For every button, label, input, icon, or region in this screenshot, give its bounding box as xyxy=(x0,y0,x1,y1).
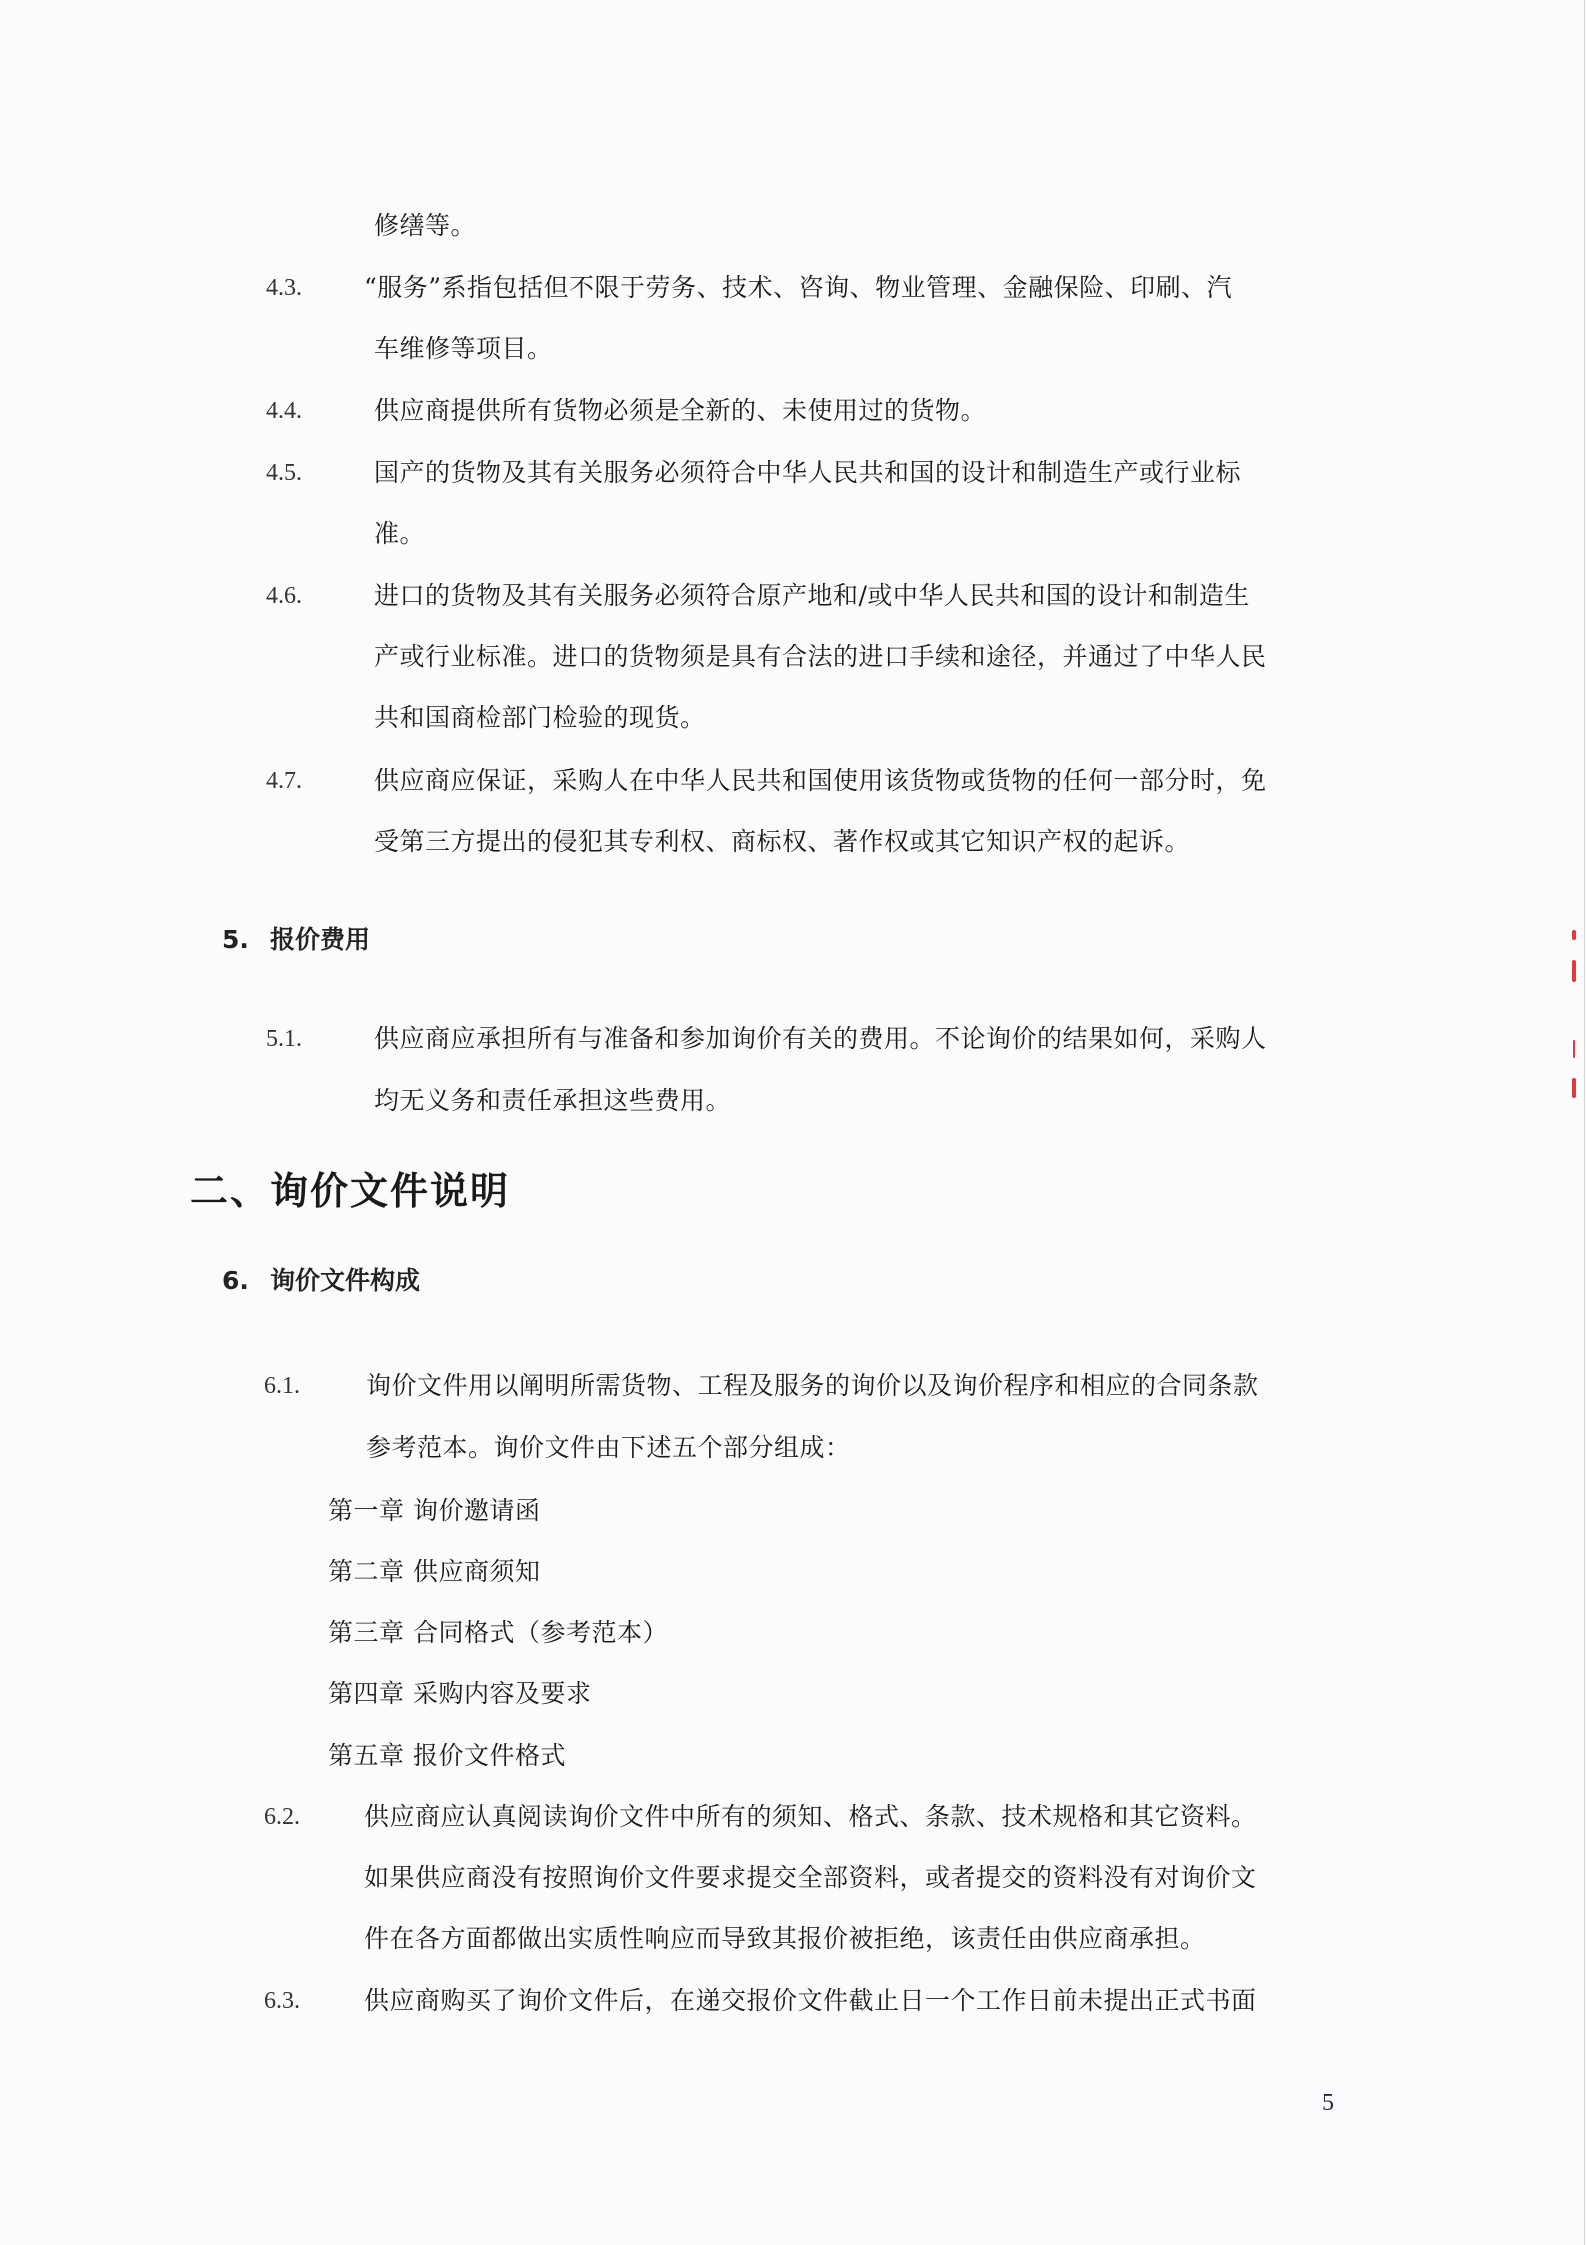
clause-text: 受第三方提出的侵犯其专利权、商标权、著作权或其它知识产权的起诉。 xyxy=(374,826,1190,858)
clause-text: 供应商应认真阅读询价文件中所有的须知、格式、条款、技术规格和其它资料。 xyxy=(364,1801,1257,1833)
clause-text: 供应商购买了询价文件后，在递交报价文件截止日一个工作日前未提出正式书面 xyxy=(364,1985,1257,2017)
clause-number: 4.6. xyxy=(266,580,302,612)
chapter-list-item: 第四章 采购内容及要求 xyxy=(328,1678,591,1710)
clause-number: 6.1. xyxy=(264,1370,300,1402)
clause-text: 国产的货物及其有关服务必须符合中华人民共和国的设计和制造生产或行业标 xyxy=(374,457,1241,489)
clause-text: 共和国商检部门检验的现货。 xyxy=(374,702,706,734)
chapter-list-item: 第一章 询价邀请函 xyxy=(328,1495,540,1527)
section-heading: 报价费用 xyxy=(270,924,370,956)
clause-text: 供应商提供所有货物必须是全新的、未使用过的货物。 xyxy=(374,395,986,427)
clause-text: 准。 xyxy=(374,518,425,550)
clause-number: 4.3. xyxy=(266,272,302,304)
seal-fragment xyxy=(1572,930,1576,940)
page-edge xyxy=(1584,0,1585,2245)
clause-text: 供应商应承担所有与准备和参加询价有关的费用。不论询价的结果如何，采购人 xyxy=(374,1023,1267,1055)
clause-text: 产或行业标准。进口的货物须是具有合法的进口手续和途径，并通过了中华人民 xyxy=(374,641,1267,673)
chapter-list-item: 第五章 报价文件格式 xyxy=(328,1740,566,1772)
clause-number: 4.4. xyxy=(266,395,302,427)
seal-fragment xyxy=(1572,960,1576,982)
clause-text: 均无义务和责任承担这些费用。 xyxy=(374,1085,731,1117)
clause-text: 供应商应保证，采购人在中华人民共和国使用该货物或货物的任何一部分时，免 xyxy=(374,765,1267,797)
clause-text: “服务”系指包括但不限于劳务、技术、咨询、物业管理、金融保险、印刷、汽 xyxy=(364,272,1232,304)
chapter-list-item: 第三章 合同格式（参考范本） xyxy=(328,1617,668,1649)
chapter-title: 二、询价文件说明 xyxy=(190,1168,510,1214)
clause-number: 6.2. xyxy=(264,1801,300,1833)
clause-number: 5.1. xyxy=(266,1023,302,1055)
document-page: 修缮等。 4.3. “服务”系指包括但不限于劳务、技术、咨询、物业管理、金融保险… xyxy=(0,0,1587,2245)
page-number: 5 xyxy=(1322,2090,1334,2117)
section-heading: 询价文件构成 xyxy=(270,1265,420,1297)
clause-text: 参考范本。询价文件由下述五个部分组成： xyxy=(366,1432,851,1464)
seal-fragment xyxy=(1573,1040,1575,1058)
chapter-list-item: 第二章 供应商须知 xyxy=(328,1556,540,1588)
clause-text: 进口的货物及其有关服务必须符合原产地和/或中华人民共和国的设计和制造生 xyxy=(374,580,1250,612)
section-number: 6. xyxy=(222,1265,249,1297)
clause-text: 车维修等项目。 xyxy=(374,333,553,365)
continuation-text: 修缮等。 xyxy=(374,210,476,242)
clause-number: 6.3. xyxy=(264,1985,300,2017)
clause-text: 如果供应商没有按照询价文件要求提交全部资料，或者提交的资料没有对询价文 xyxy=(364,1862,1257,1894)
clause-text: 询价文件用以阐明所需货物、工程及服务的询价以及询价程序和相应的合同条款 xyxy=(366,1370,1259,1402)
clause-number: 4.5. xyxy=(266,457,302,489)
clause-text: 件在各方面都做出实质性响应而导致其报价被拒绝，该责任由供应商承担。 xyxy=(364,1923,1206,1955)
section-number: 5. xyxy=(222,924,249,956)
seal-fragment xyxy=(1572,1078,1576,1098)
clause-number: 4.7. xyxy=(266,765,302,797)
